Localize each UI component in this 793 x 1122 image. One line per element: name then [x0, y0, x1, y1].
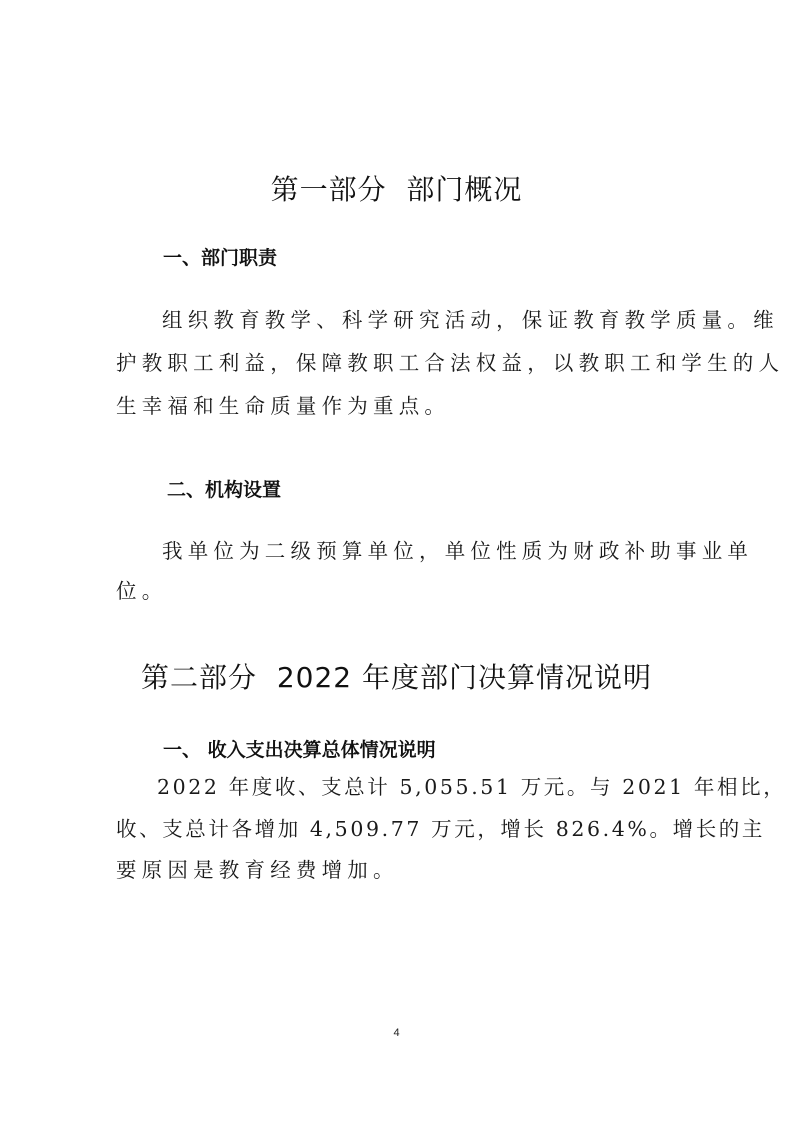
- paragraph-line: 2022 年度收、支总计 5,055.51 万元。与 2021 年相比，: [157, 770, 786, 800]
- paragraph-line: 我单位为二级预算单位，单位性质为财政补助事业单: [162, 534, 753, 564]
- paragraph-line: 位。: [116, 574, 167, 604]
- section-heading-department-duties: 一、部门职责: [163, 243, 277, 270]
- section-heading-income-expenditure: 一、 收入支出决算总体情况说明: [163, 735, 436, 762]
- document-page: 第一部分 部门概况 一、部门职责 组织教育教学、科学研究活动，保证教育教学质量。…: [0, 0, 793, 1122]
- part2-title: 第二部分 2022 年度部门决算情况说明: [0, 656, 793, 696]
- paragraph-line: 护教职工利益，保障教职工合法权益，以教职工和学生的人: [116, 346, 784, 376]
- paragraph-line: 组织教育教学、科学研究活动，保证教育教学质量。维: [162, 303, 779, 333]
- section-heading-organization: 二、机构设置: [167, 475, 281, 502]
- page-number: 4: [0, 1027, 793, 1039]
- paragraph-line: 生幸福和生命质量作为重点。: [116, 389, 450, 419]
- paragraph-line: 要原因是教育经费增加。: [116, 853, 399, 883]
- paragraph-line: 收、支总计各增加 4,509.77 万元，增长 826.4%。增长的主: [116, 812, 765, 842]
- part1-title: 第一部分 部门概况: [0, 168, 793, 208]
